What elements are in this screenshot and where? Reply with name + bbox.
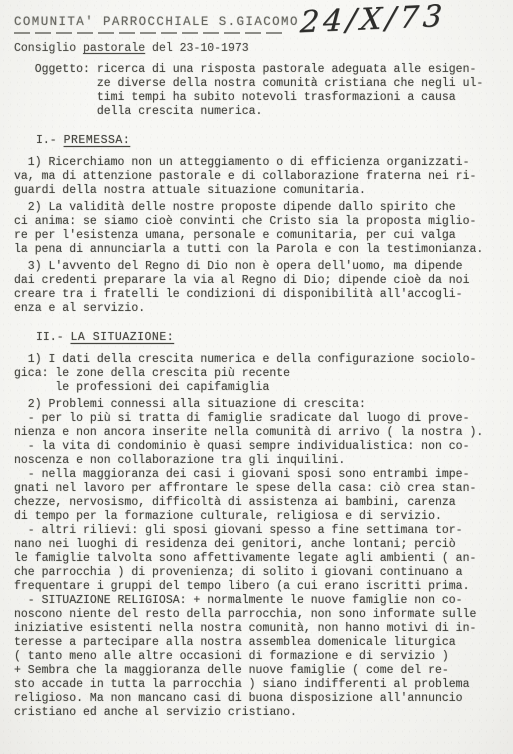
- document-line: - per lo più si tratta di famiglie sradi…: [14, 412, 507, 426]
- meeting-line-underlined-word: pastorale: [83, 42, 145, 55]
- paragraph: 2) La validità delle nostre proposte dip…: [14, 201, 507, 257]
- document-body: Oggetto: ricerca di una risposta pastora…: [0, 55, 513, 720]
- document-line: 1) Ricerchiamo non un atteggiamento o di…: [14, 156, 507, 170]
- document-line: - SITUAZIONE RELIGIOSA: + normalmente le…: [14, 594, 507, 608]
- document-line: 2) La validità delle nostre proposte dip…: [14, 201, 507, 215]
- document-line: dai credenti preparare la via al Regno d…: [14, 274, 507, 288]
- document-line: - altri rilievi: gli sposi giovani spess…: [14, 524, 507, 538]
- section-heading-prefix: I.-: [36, 134, 64, 147]
- document-line: 2) Problemi connessi alla situazione di …: [14, 398, 507, 412]
- document-line: ( tanto meno alle altre occasioni di for…: [14, 650, 507, 664]
- document-line: gica: le zone della crescita più recente: [14, 367, 507, 381]
- paragraph: 1) I dati della crescita numerica e dell…: [14, 353, 507, 395]
- document-line: cristiano ed anche al servizio cristiano…: [14, 706, 507, 720]
- document-line: della crescita numerica.: [14, 105, 507, 119]
- section-heading: I.- PREMESSA:: [36, 134, 507, 148]
- section-heading-prefix: II.-: [36, 331, 71, 344]
- section-heading-label: LA SITUAZIONE:: [71, 331, 175, 344]
- document-line: - la vita di condominio è quasi sempre i…: [14, 440, 507, 454]
- document-line: che parrocchia ) di provenienza; di soli…: [14, 566, 507, 580]
- document-line: le famiglie talvolta sono affettivamente…: [14, 552, 507, 566]
- document-line: 3) L'avvento del Regno di Dio non è oper…: [14, 260, 507, 274]
- document-line: - nella maggioranza dei casi i giovani s…: [14, 468, 507, 482]
- document-line: timi tempi ha subito notevoli trasformaz…: [14, 91, 507, 105]
- meeting-line-pre: Consiglio: [14, 42, 83, 55]
- document-line: ze diverse della nostra comunità cristia…: [14, 77, 507, 91]
- section-heading: II.- LA SITUAZIONE:: [36, 331, 507, 345]
- document-line: Oggetto: ricerca di una risposta pastora…: [14, 63, 507, 77]
- title-underline: [14, 32, 286, 34]
- paragraph: 2) Problemi connessi alla situazione di …: [14, 398, 507, 720]
- section-heading-label: PREMESSA:: [64, 134, 131, 147]
- document-line: frequentare i gruppi del tempo libero (a…: [14, 580, 507, 594]
- document-line: va, ma di attenzione pastorale e di coll…: [14, 170, 507, 184]
- document-line: guardi della nostra attuale situazione c…: [14, 184, 507, 198]
- document-line: ci anima: se siamo cioè convinti che Cri…: [14, 215, 507, 229]
- document-line: la pena di annunciarla a tutti con la Pa…: [14, 243, 507, 257]
- document-line: teresse a partecipare alla nostra assemb…: [14, 636, 507, 650]
- document-line: chezze, nervosismo, difficoltà di assist…: [14, 496, 507, 510]
- subject-paragraph: Oggetto: ricerca di una risposta pastora…: [14, 63, 507, 119]
- document-line: 1) I dati della crescita numerica e dell…: [14, 353, 507, 367]
- document-line: creare tra i fratelli le condizioni di d…: [14, 288, 507, 302]
- document-line: noscenza e non collaborazione tra gli in…: [14, 454, 507, 468]
- meeting-line: Consiglio pastorale del 23-10-1973: [14, 42, 513, 55]
- document-line: gnati nel lavoro per affrontare le spese…: [14, 482, 507, 496]
- document-line: le professioni dei capifamiglia: [14, 381, 507, 395]
- document-line: re per l'esistenza umana, personale e co…: [14, 229, 507, 243]
- document-line: + Sembra che la maggioranza delle nuove …: [14, 664, 507, 678]
- document-line: religioso. Ma non mancano casi di buona …: [14, 692, 507, 706]
- document-line: enza e al servizio.: [14, 302, 507, 316]
- document-header: COMUNITA' PARROCCHIALE S.GIACOMO Consigl…: [0, 0, 513, 55]
- meeting-line-post: del 23-10-1973: [145, 42, 249, 55]
- document-line: sto accade in tutta la parrocchia ) sian…: [14, 678, 507, 692]
- document-line: di tempo per la formazione culturale, re…: [14, 510, 507, 524]
- document-line: nano nei luoghi di residenza dei genitor…: [14, 538, 507, 552]
- paragraph: 1) Ricerchiamo non un atteggiamento o di…: [14, 156, 507, 198]
- document-line: noscono niente del resto della parrocchi…: [14, 608, 507, 622]
- scanned-document-page: 24/X/73 COMUNITA' PARROCCHIALE S.GIACOMO…: [0, 0, 513, 754]
- document-line: nienza e non ancora inserite nella comun…: [14, 426, 507, 440]
- paragraph: 3) L'avvento del Regno di Dio non è oper…: [14, 260, 507, 316]
- document-line: iniziative esistenti nella nostra comuni…: [14, 622, 507, 636]
- document-title: COMUNITA' PARROCCHIALE S.GIACOMO: [14, 15, 513, 29]
